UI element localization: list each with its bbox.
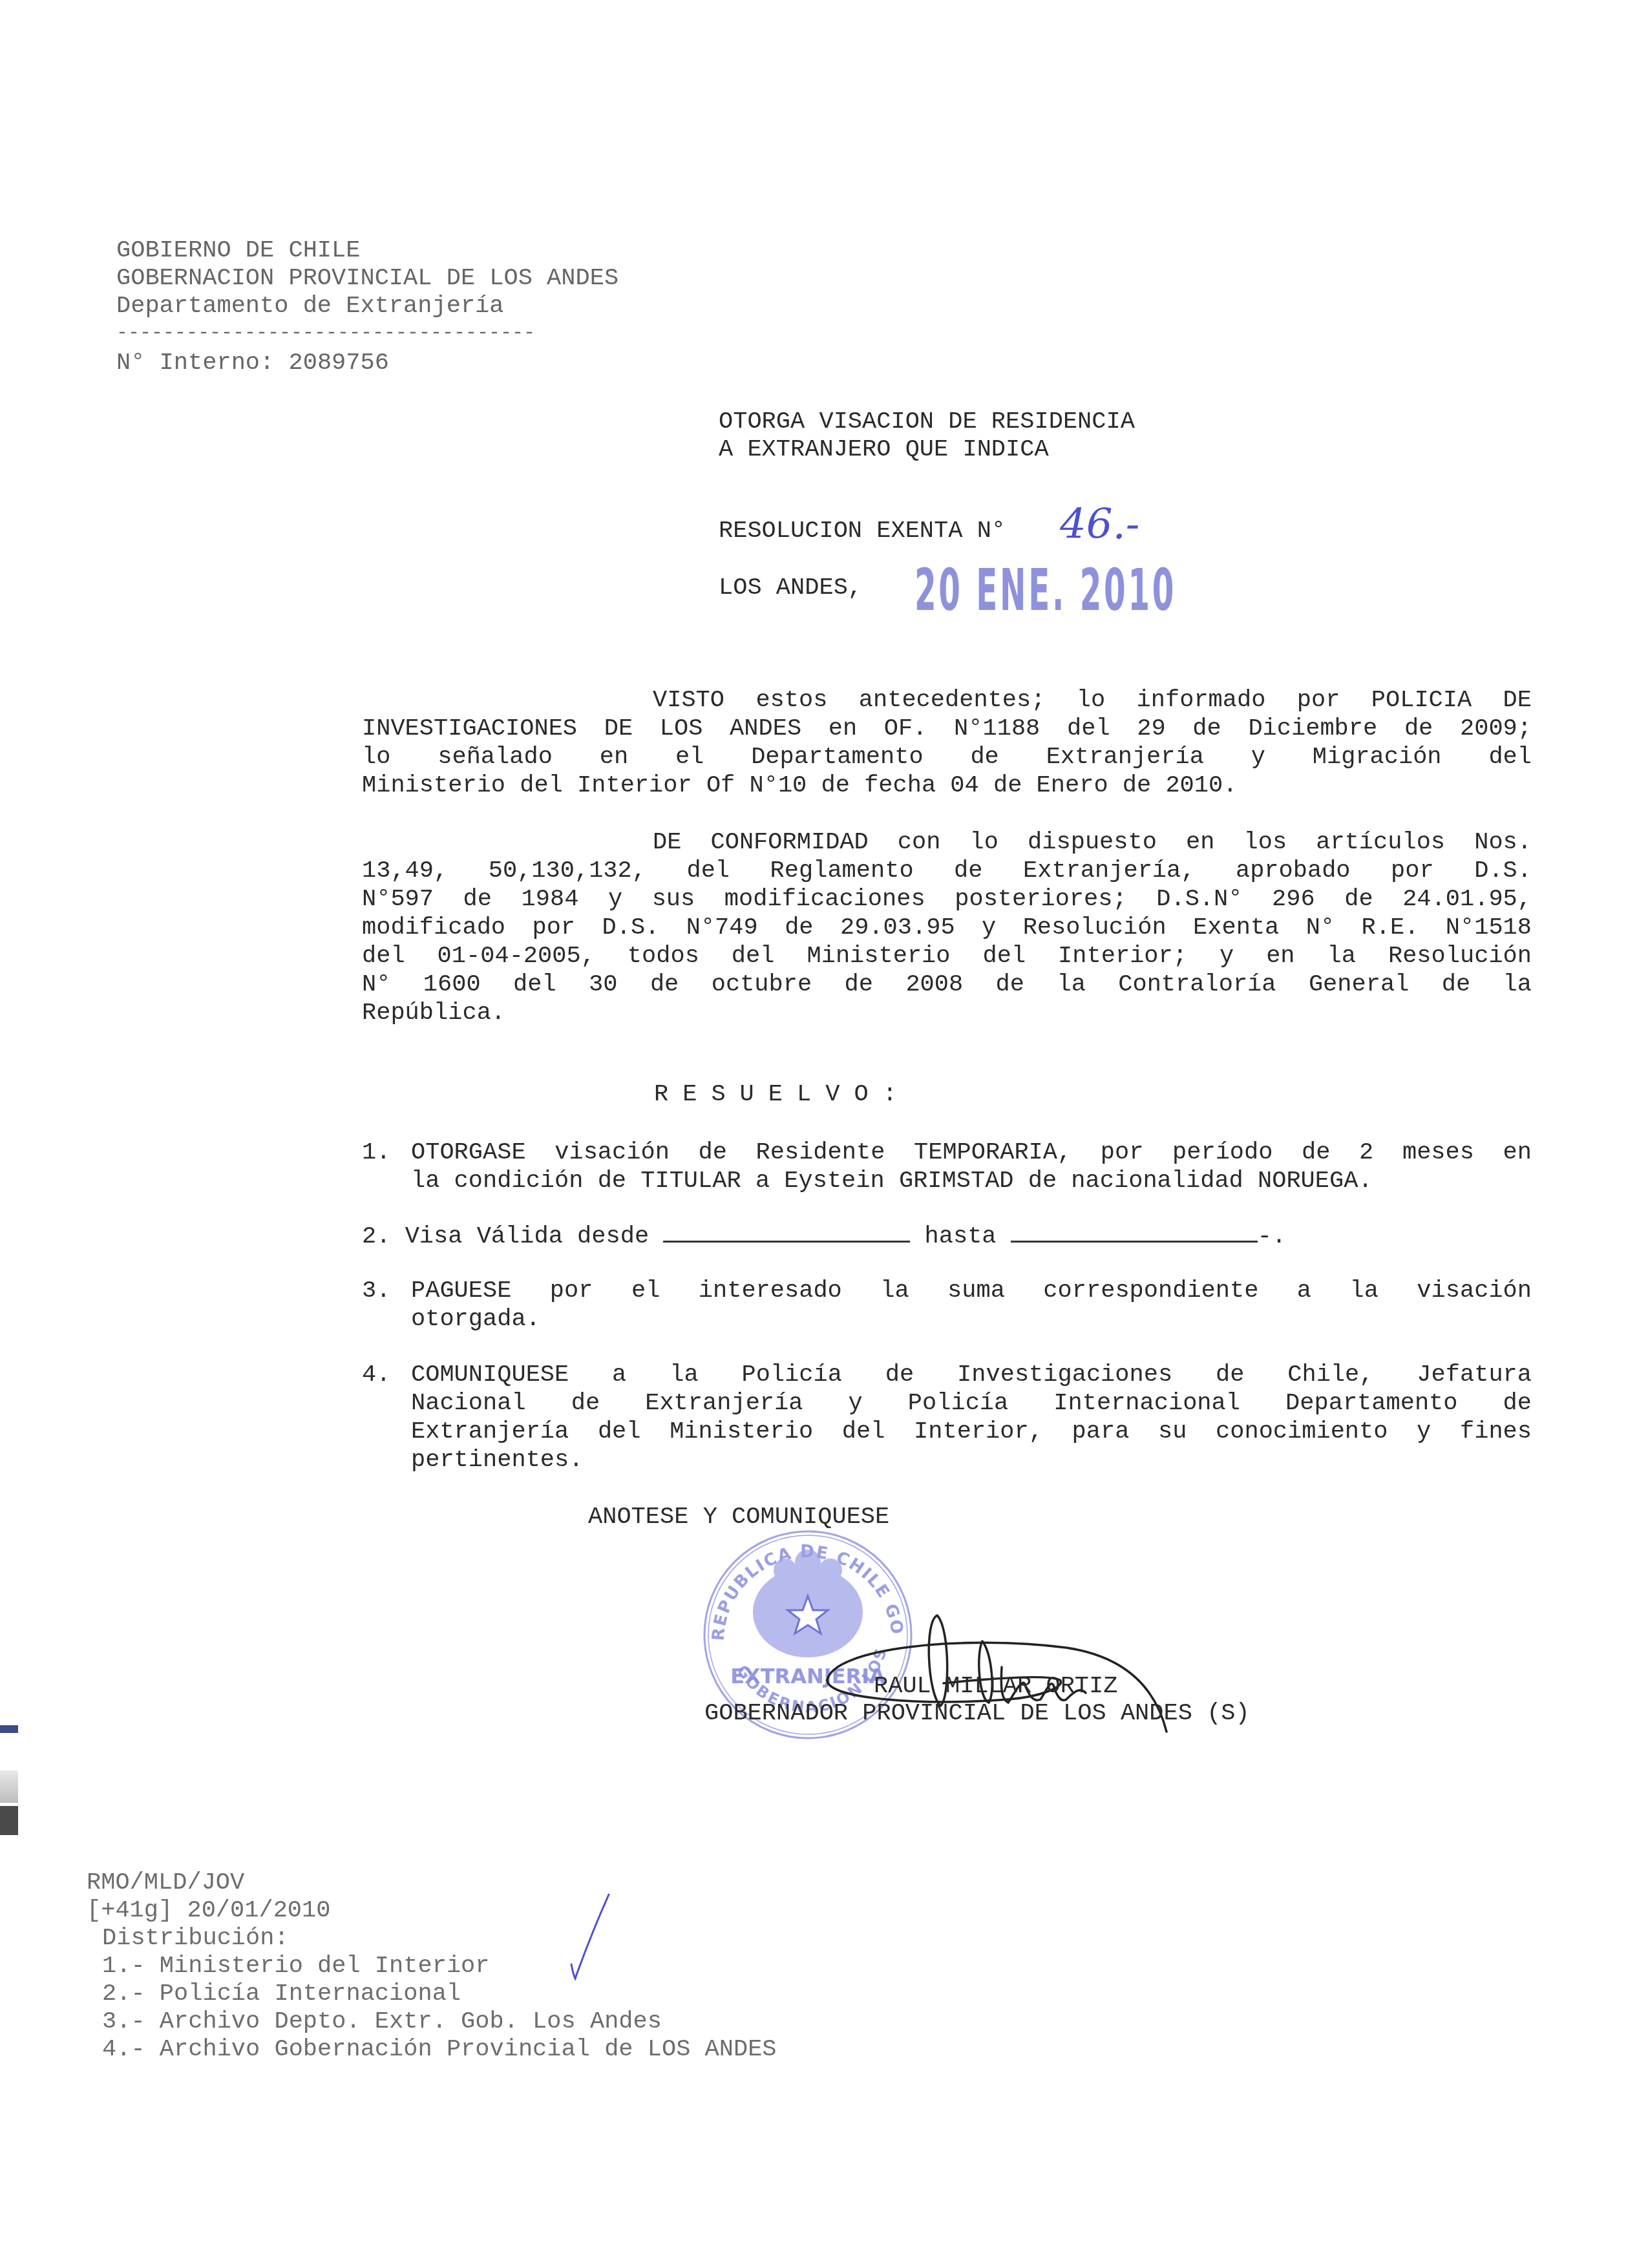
resuelvo-heading: RESUELVO: [654, 1080, 911, 1109]
item-1-text: OTORGASE visación de Residente TEMPORARI… [411, 1139, 1532, 1195]
item-3-line: otorgada. [411, 1305, 1532, 1334]
subject-line-2: A EXTRANJERO QUE INDICA [719, 436, 1049, 464]
header-department: Departamento de Extranjería [116, 292, 504, 320]
internal-number-value: 2089756 [288, 350, 388, 377]
visto-line: INVESTIGACIONES DE LOS ANDES en OF. N°11… [362, 715, 1532, 743]
internal-number-label: N° Interno: [116, 350, 274, 377]
place-label: LOS ANDES, [719, 574, 862, 602]
visto-paragraph: VISTO estos antecedentes; lo informado p… [362, 686, 1532, 800]
item-4-line: Nacional de Extranjería y Policía Intern… [411, 1389, 1532, 1418]
header-divider: ------------------------------------ [116, 319, 535, 348]
scan-edge-mark [0, 1770, 18, 1803]
conformidad-line: 13,49, 50,130,132, del Reglamento de Ext… [362, 857, 1532, 885]
visto-line: Ministerio del Interior Of N°10 de fecha… [362, 772, 1532, 800]
distribution-item: 1.- Ministerio del Interior [102, 1952, 490, 1980]
item-2: 2. Visa Válida desde hasta -. [362, 1221, 1286, 1251]
valid-to-field[interactable] [1011, 1221, 1258, 1243]
conformidad-line: República. [362, 999, 1532, 1027]
item-3-number: 3. [362, 1277, 390, 1305]
signatory-title: GOBERNADOR PROVINCIAL DE LOS ANDES (S) [704, 1699, 1250, 1728]
footer-initials: RMO/MLD/JOV [87, 1869, 244, 1897]
footer-code-date: [+41g] 20/01/2010 [87, 1896, 330, 1925]
valid-from-field[interactable] [663, 1221, 910, 1243]
item-3-line: PAGUESE por el interesado la suma corres… [411, 1277, 1532, 1305]
conformidad-line: DE CONFORMIDAD con lo dispuesto en los a… [362, 828, 1532, 857]
visto-line: VISTO estos antecedentes; lo informado p… [362, 686, 1532, 715]
item-1-line: OTORGASE visación de Residente TEMPORARI… [411, 1139, 1532, 1167]
distribution-label: Distribución: [102, 1924, 289, 1953]
internal-number: N° Interno: 2089756 [116, 349, 389, 377]
signatory-name: RAUL MILLAR ORTIZ [874, 1672, 1117, 1701]
item-4-line: COMUNIQUESE a la Policía de Investigacio… [411, 1361, 1532, 1389]
item-2-label-to: hasta [925, 1223, 997, 1250]
item-4-line: Extranjería del Ministerio del Interior,… [411, 1418, 1532, 1446]
checkmark-icon [569, 1893, 614, 1984]
scan-edge-mark [0, 1806, 18, 1835]
conformidad-line: N° 1600 del 30 de octubre de 2008 de la … [362, 971, 1532, 999]
item-2-label-from: Visa Válida desde [405, 1223, 649, 1250]
conformidad-paragraph: DE CONFORMIDAD con lo dispuesto en los a… [362, 828, 1532, 1027]
subject-line-1: OTORGA VISACION DE RESIDENCIA [719, 408, 1135, 436]
resolution-label: RESOLUCION EXENTA N° [719, 517, 1006, 545]
conformidad-line: N°597 de 1984 y sus modificaciones poste… [362, 885, 1532, 914]
item-1-line: la condición de TITULAR a Eystein GRIMST… [411, 1167, 1532, 1195]
item-2-end: -. [1258, 1223, 1286, 1250]
conformidad-line: modificado por D.S. N°749 de 29.03.95 y … [362, 914, 1532, 942]
resolution-number-handwritten: 46.- [1060, 501, 1139, 549]
item-1-number: 1. [362, 1139, 390, 1167]
date-stamp: 20 ENE. 2010 [914, 557, 1176, 624]
conformidad-line: del 01-04-2005, todos del Ministerio del… [362, 942, 1532, 971]
distribution-item: 2.- Policía Internacional [102, 1980, 461, 2008]
item-4-text: COMUNIQUESE a la Policía de Investigacio… [411, 1361, 1532, 1475]
visto-line: lo señalado en el Departamento de Extran… [362, 743, 1532, 772]
item-4-number: 4. [362, 1361, 390, 1389]
header-gobernacion: GOBERNACION PROVINCIAL DE LOS ANDES [116, 264, 618, 293]
item-4-line: pertinentes. [411, 1446, 1532, 1475]
scan-edge-mark [0, 1725, 18, 1733]
distribution-item: 4.- Archivo Gobernación Provincial de LO… [102, 2035, 777, 2064]
item-2-number: 2. [362, 1223, 390, 1250]
scan-edge [0, 0, 18, 2268]
item-3-text: PAGUESE por el interesado la suma corres… [411, 1277, 1532, 1334]
distribution-item: 3.- Archivo Depto. Extr. Gob. Los Andes [102, 2008, 662, 2036]
header-government: GOBIERNO DE CHILE [116, 236, 360, 265]
